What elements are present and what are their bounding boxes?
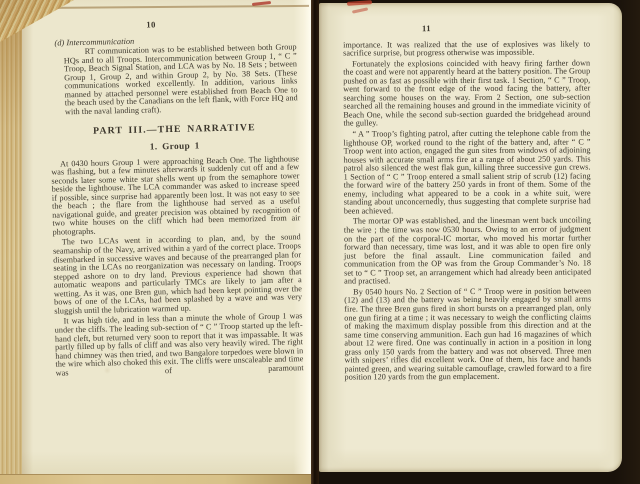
paragraph: “ A ” Troop’s fighting patrol, after cut… [343, 129, 590, 216]
page-number-left: 10 [27, 18, 275, 32]
group-heading: 1. Group 1 [51, 139, 299, 153]
paragraph-intercommunication: RT communication was to be established b… [64, 43, 298, 116]
right-page: 11 importance. It was realized that the … [319, 3, 622, 472]
paragraph: The two LCAs went in according to plan, … [53, 234, 303, 316]
book-gutter [311, 0, 319, 484]
page-number-right: 11 [303, 24, 550, 34]
page-edge-line [24, 5, 309, 9]
paragraph: importance. It was realized that the use… [343, 40, 590, 58]
paragraph: Fortunately the explosions coincided wit… [343, 59, 590, 128]
paragraph: By 0540 hours No. 2 Section of “ C ” Tro… [344, 287, 591, 382]
part-heading: PART III.—THE NARRATIVE [50, 124, 298, 138]
left-page: 10 (d) Intercommunication RT communicati… [20, 0, 311, 475]
right-page-content: 11 importance. It was realized that the … [343, 23, 592, 384]
book-scan: 10 (d) Intercommunication RT communicati… [0, 0, 640, 484]
left-page-content: 10 (d) Intercommunication RT communicati… [48, 17, 304, 380]
paragraph: It was high tide, and in less than a min… [54, 313, 303, 378]
bottom-page-edges [0, 474, 311, 484]
fore-edge-pages [0, 0, 22, 484]
paragraph: At 0430 hours Group 1 were approaching B… [51, 155, 301, 237]
paragraph: The mortar OP was established, and the l… [344, 217, 591, 286]
